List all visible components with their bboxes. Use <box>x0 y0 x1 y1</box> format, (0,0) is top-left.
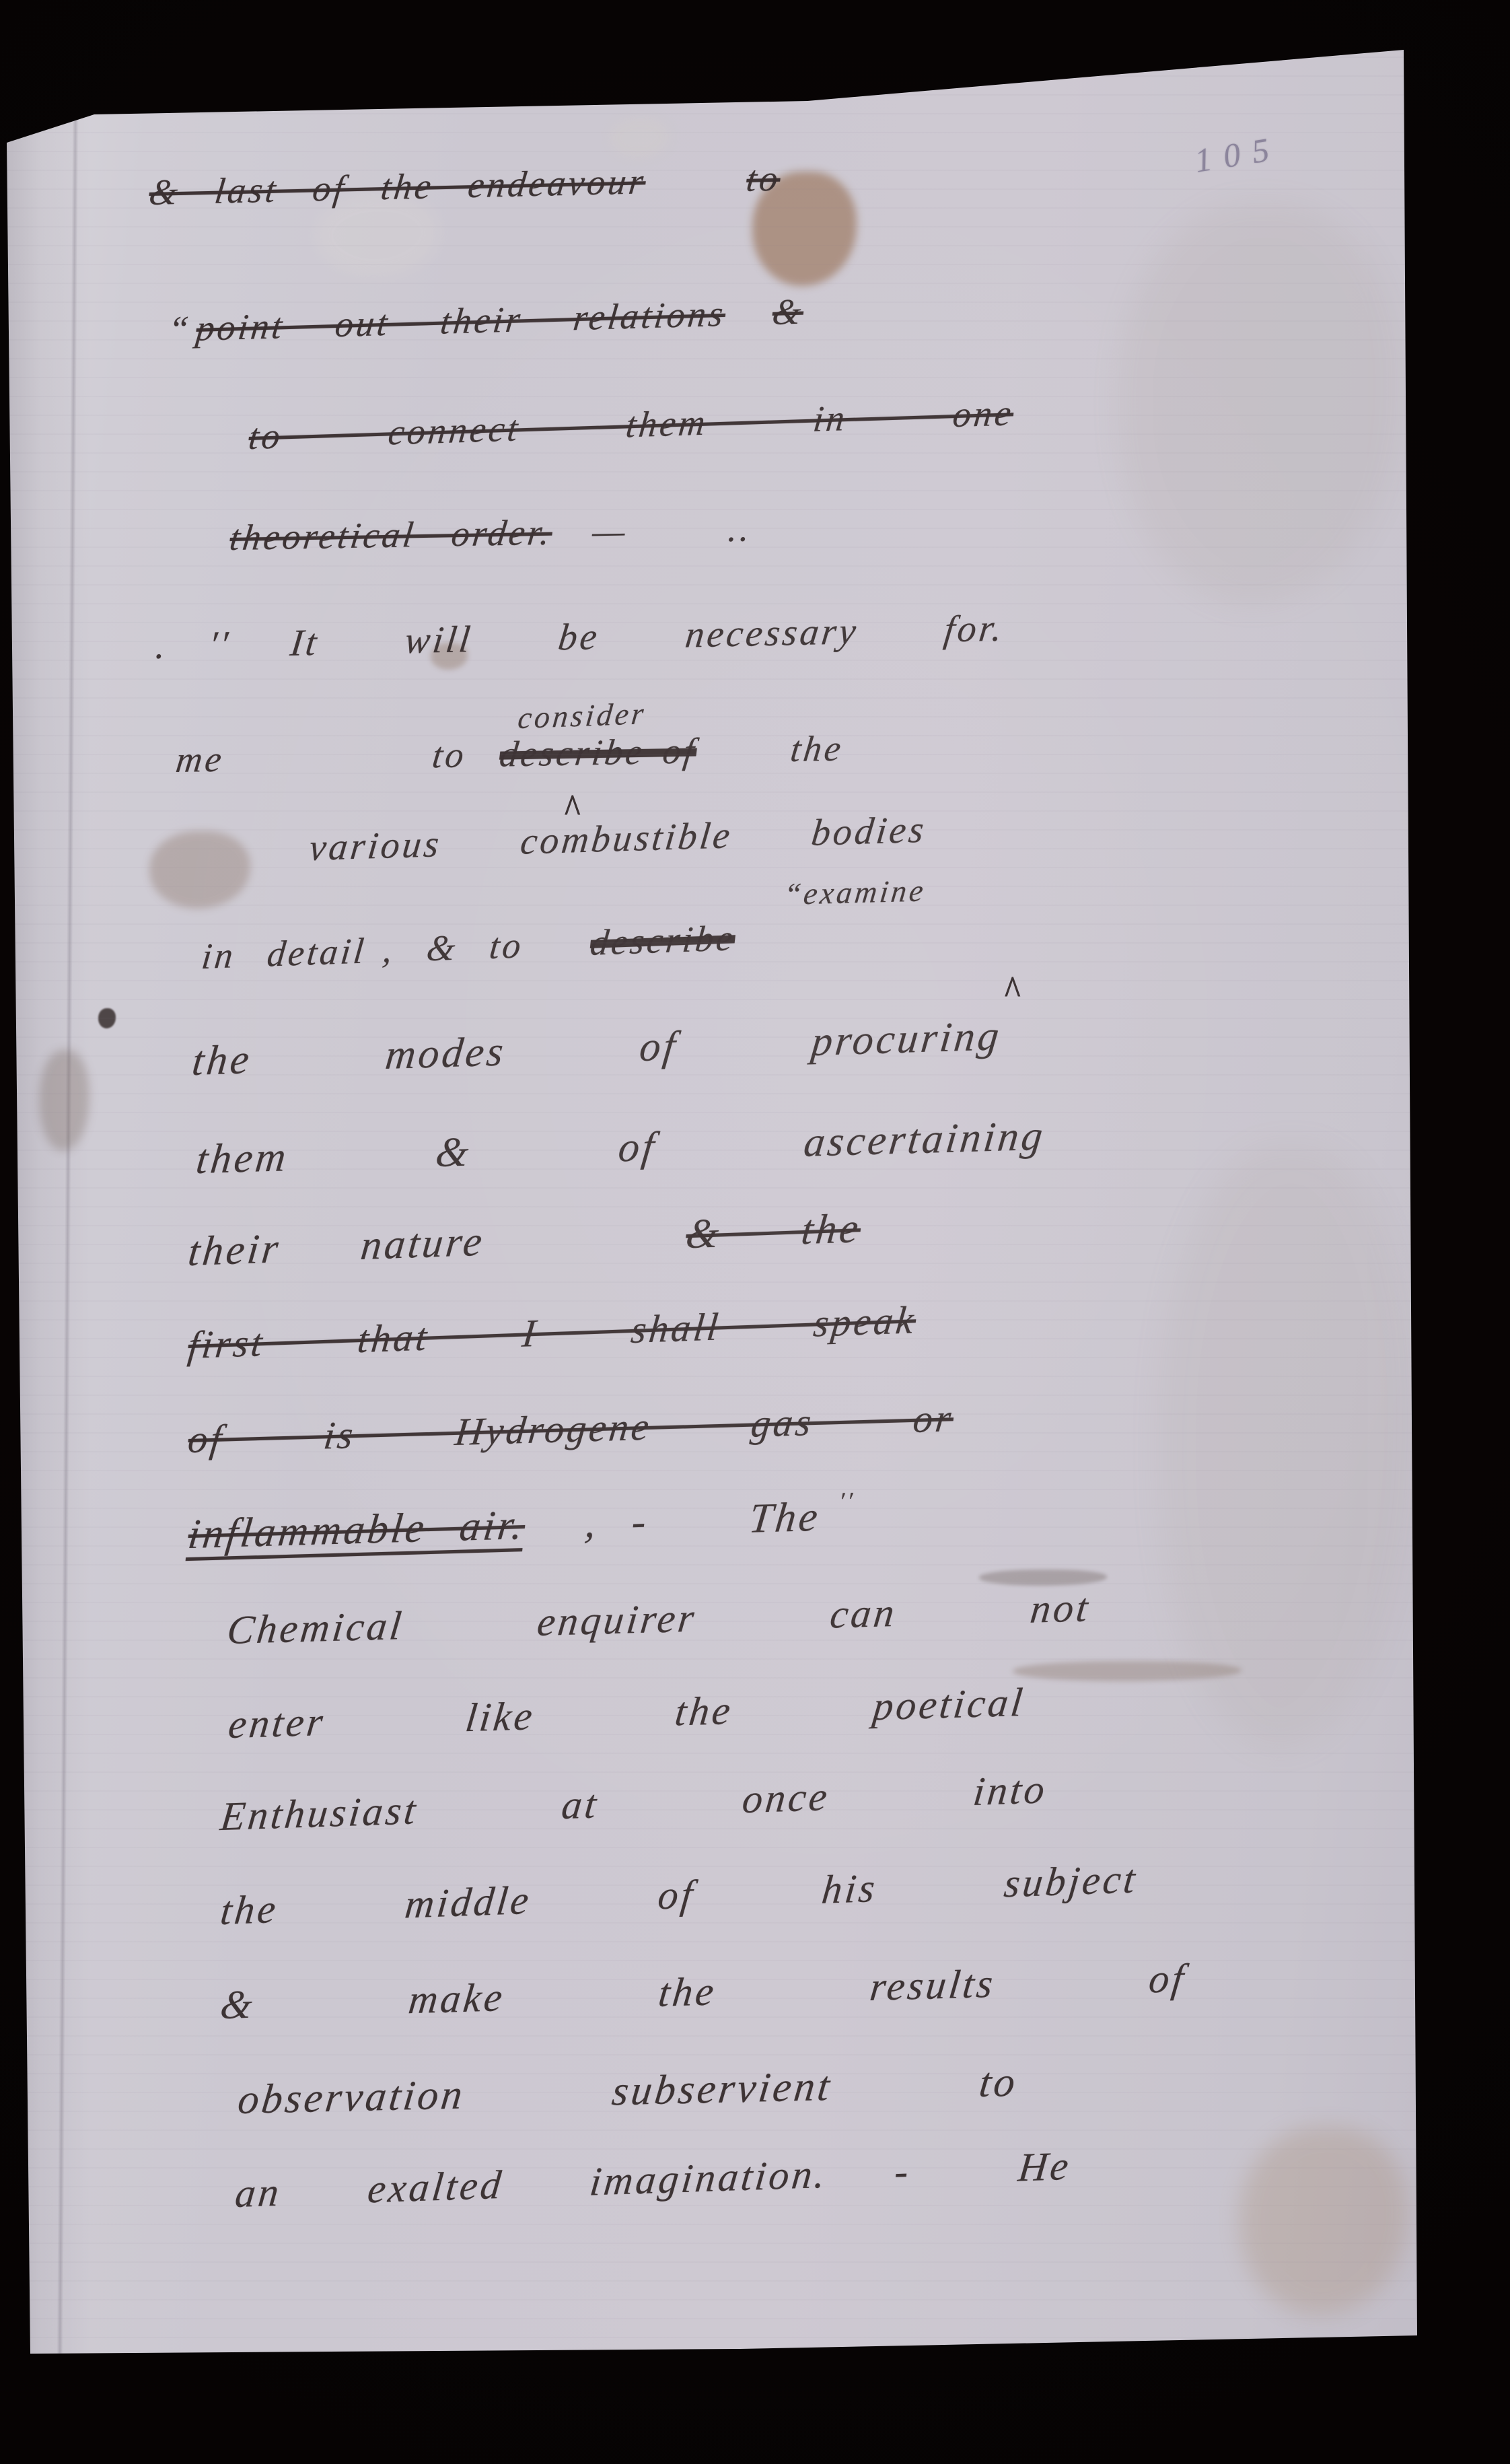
manuscript-line: the middle of his subject <box>218 1856 1140 1934</box>
manuscript-line: an exalted imagination.-He <box>233 2143 1073 2217</box>
handwritten-text: — <box>590 510 631 553</box>
manuscript-line: enter like the poetical <box>226 1679 1028 1748</box>
handwritten-text: Chemical enquirer can not <box>225 1584 1093 1654</box>
manuscript-line: theoretical order.—.. <box>227 507 754 559</box>
struck-text: inflammable air. <box>186 1502 528 1559</box>
handwritten-text: enter like the poetical <box>226 1679 1028 1748</box>
manuscript-line: metodescribe ofthe <box>174 728 846 781</box>
handwritten-text: consider <box>516 695 648 736</box>
struck-text: to connect them in one <box>247 392 1016 458</box>
manuscript-page: & last of the endeavourto“point out thei… <box>0 0 1510 2464</box>
manuscript-line: various combustible bodies <box>307 808 929 870</box>
handwritten-text: '' <box>206 623 233 667</box>
struck-text: theoretical order. <box>227 512 554 559</box>
handwritten-text: the <box>788 728 846 771</box>
manuscript-line: consider <box>516 695 648 736</box>
struck-text: point out their relations <box>194 293 728 349</box>
stain <box>1117 202 1400 606</box>
handwritten-text: & make the results of <box>218 1955 1188 2029</box>
struck-text: describe <box>588 917 737 964</box>
struck-text: describe of <box>497 730 699 775</box>
handwritten-text: , - <box>583 1498 651 1548</box>
handwritten-text: . <box>153 625 171 668</box>
handwritten-text: - <box>892 2148 913 2195</box>
handwritten-text: their nature <box>186 1218 487 1276</box>
stain <box>98 1008 116 1028</box>
manuscript-line: their nature& the <box>186 1205 863 1276</box>
photo-background: & last of the endeavourto“point out thei… <box>0 0 1510 2464</box>
handwritten-text: He <box>1016 2143 1073 2191</box>
manuscript-line: of is Hydrogene gas or <box>186 1395 956 1462</box>
handwritten-text: The <box>747 1493 823 1543</box>
stain <box>1239 2127 1408 2315</box>
handwritten-text: an exalted imagination. <box>233 2151 830 2217</box>
handwritten-text: me <box>174 738 227 781</box>
handwritten-text: Enthusiast at once into <box>218 1766 1049 1840</box>
handwritten-text: to <box>430 734 469 776</box>
handwritten-text: .. <box>726 507 755 550</box>
struck-text: first that I shall speak <box>186 1297 918 1368</box>
stain <box>1157 1144 1413 1750</box>
handwritten-text: in detail <box>200 929 369 977</box>
handwritten-text: the middle of his subject <box>218 1856 1140 1934</box>
manuscript-line: & last of the endeavourto <box>147 157 783 213</box>
handwritten-text: observation subservient to <box>236 2059 1020 2124</box>
handwritten-text: , & to <box>381 924 526 971</box>
page-number: 105 <box>1192 128 1283 180</box>
struck-text: & <box>770 291 806 334</box>
insertion-caret-icon: ^ <box>563 784 582 833</box>
manuscript-line: Enthusiast at once into <box>218 1766 1049 1840</box>
manuscript-line: first that I shall speak <box>186 1297 918 1368</box>
manuscript-line: the modes of procuring <box>190 1012 1004 1086</box>
handwritten-text: various combustible bodies <box>307 808 929 870</box>
handwritten-text: “ <box>166 308 194 350</box>
manuscript-line: in detail, & todescribe <box>200 917 738 977</box>
manuscript-line: .''It will be necessary for. <box>153 607 1007 668</box>
struck-text: of is Hydrogene gas or <box>186 1395 956 1462</box>
handwritten-text: “examine <box>782 872 928 912</box>
stain <box>149 831 250 909</box>
handwritten-text: '' <box>837 1487 857 1516</box>
stain <box>1013 1661 1242 1681</box>
stain <box>979 1570 1107 1586</box>
handwritten-text: them & of ascertaining <box>194 1113 1048 1184</box>
struck-text: & the <box>684 1205 863 1259</box>
manuscript-line: “point out their relations& <box>166 291 806 351</box>
manuscript-line: to connect them in one <box>247 392 1016 458</box>
manuscript-line: inflammable air., -The'' <box>186 1492 856 1559</box>
struck-text: & last of the endeavour <box>147 160 648 213</box>
manuscript-line: “examine <box>782 872 928 912</box>
stain <box>609 118 670 158</box>
manuscript-line: them & of ascertaining <box>194 1113 1048 1184</box>
stain <box>39 1050 89 1151</box>
insertion-caret-icon: ^ <box>1003 966 1022 1015</box>
handwritten-text: the modes of procuring <box>190 1012 1004 1086</box>
manuscript-line: Chemical enquirer can not <box>225 1584 1093 1654</box>
handwritten-text: It will be necessary for. <box>288 607 1007 665</box>
manuscript-line: & make the results of <box>218 1955 1188 2029</box>
manuscript-line: observation subservient to <box>236 2059 1020 2124</box>
struck-text: to <box>744 157 783 200</box>
gutter-crease <box>57 101 79 2370</box>
